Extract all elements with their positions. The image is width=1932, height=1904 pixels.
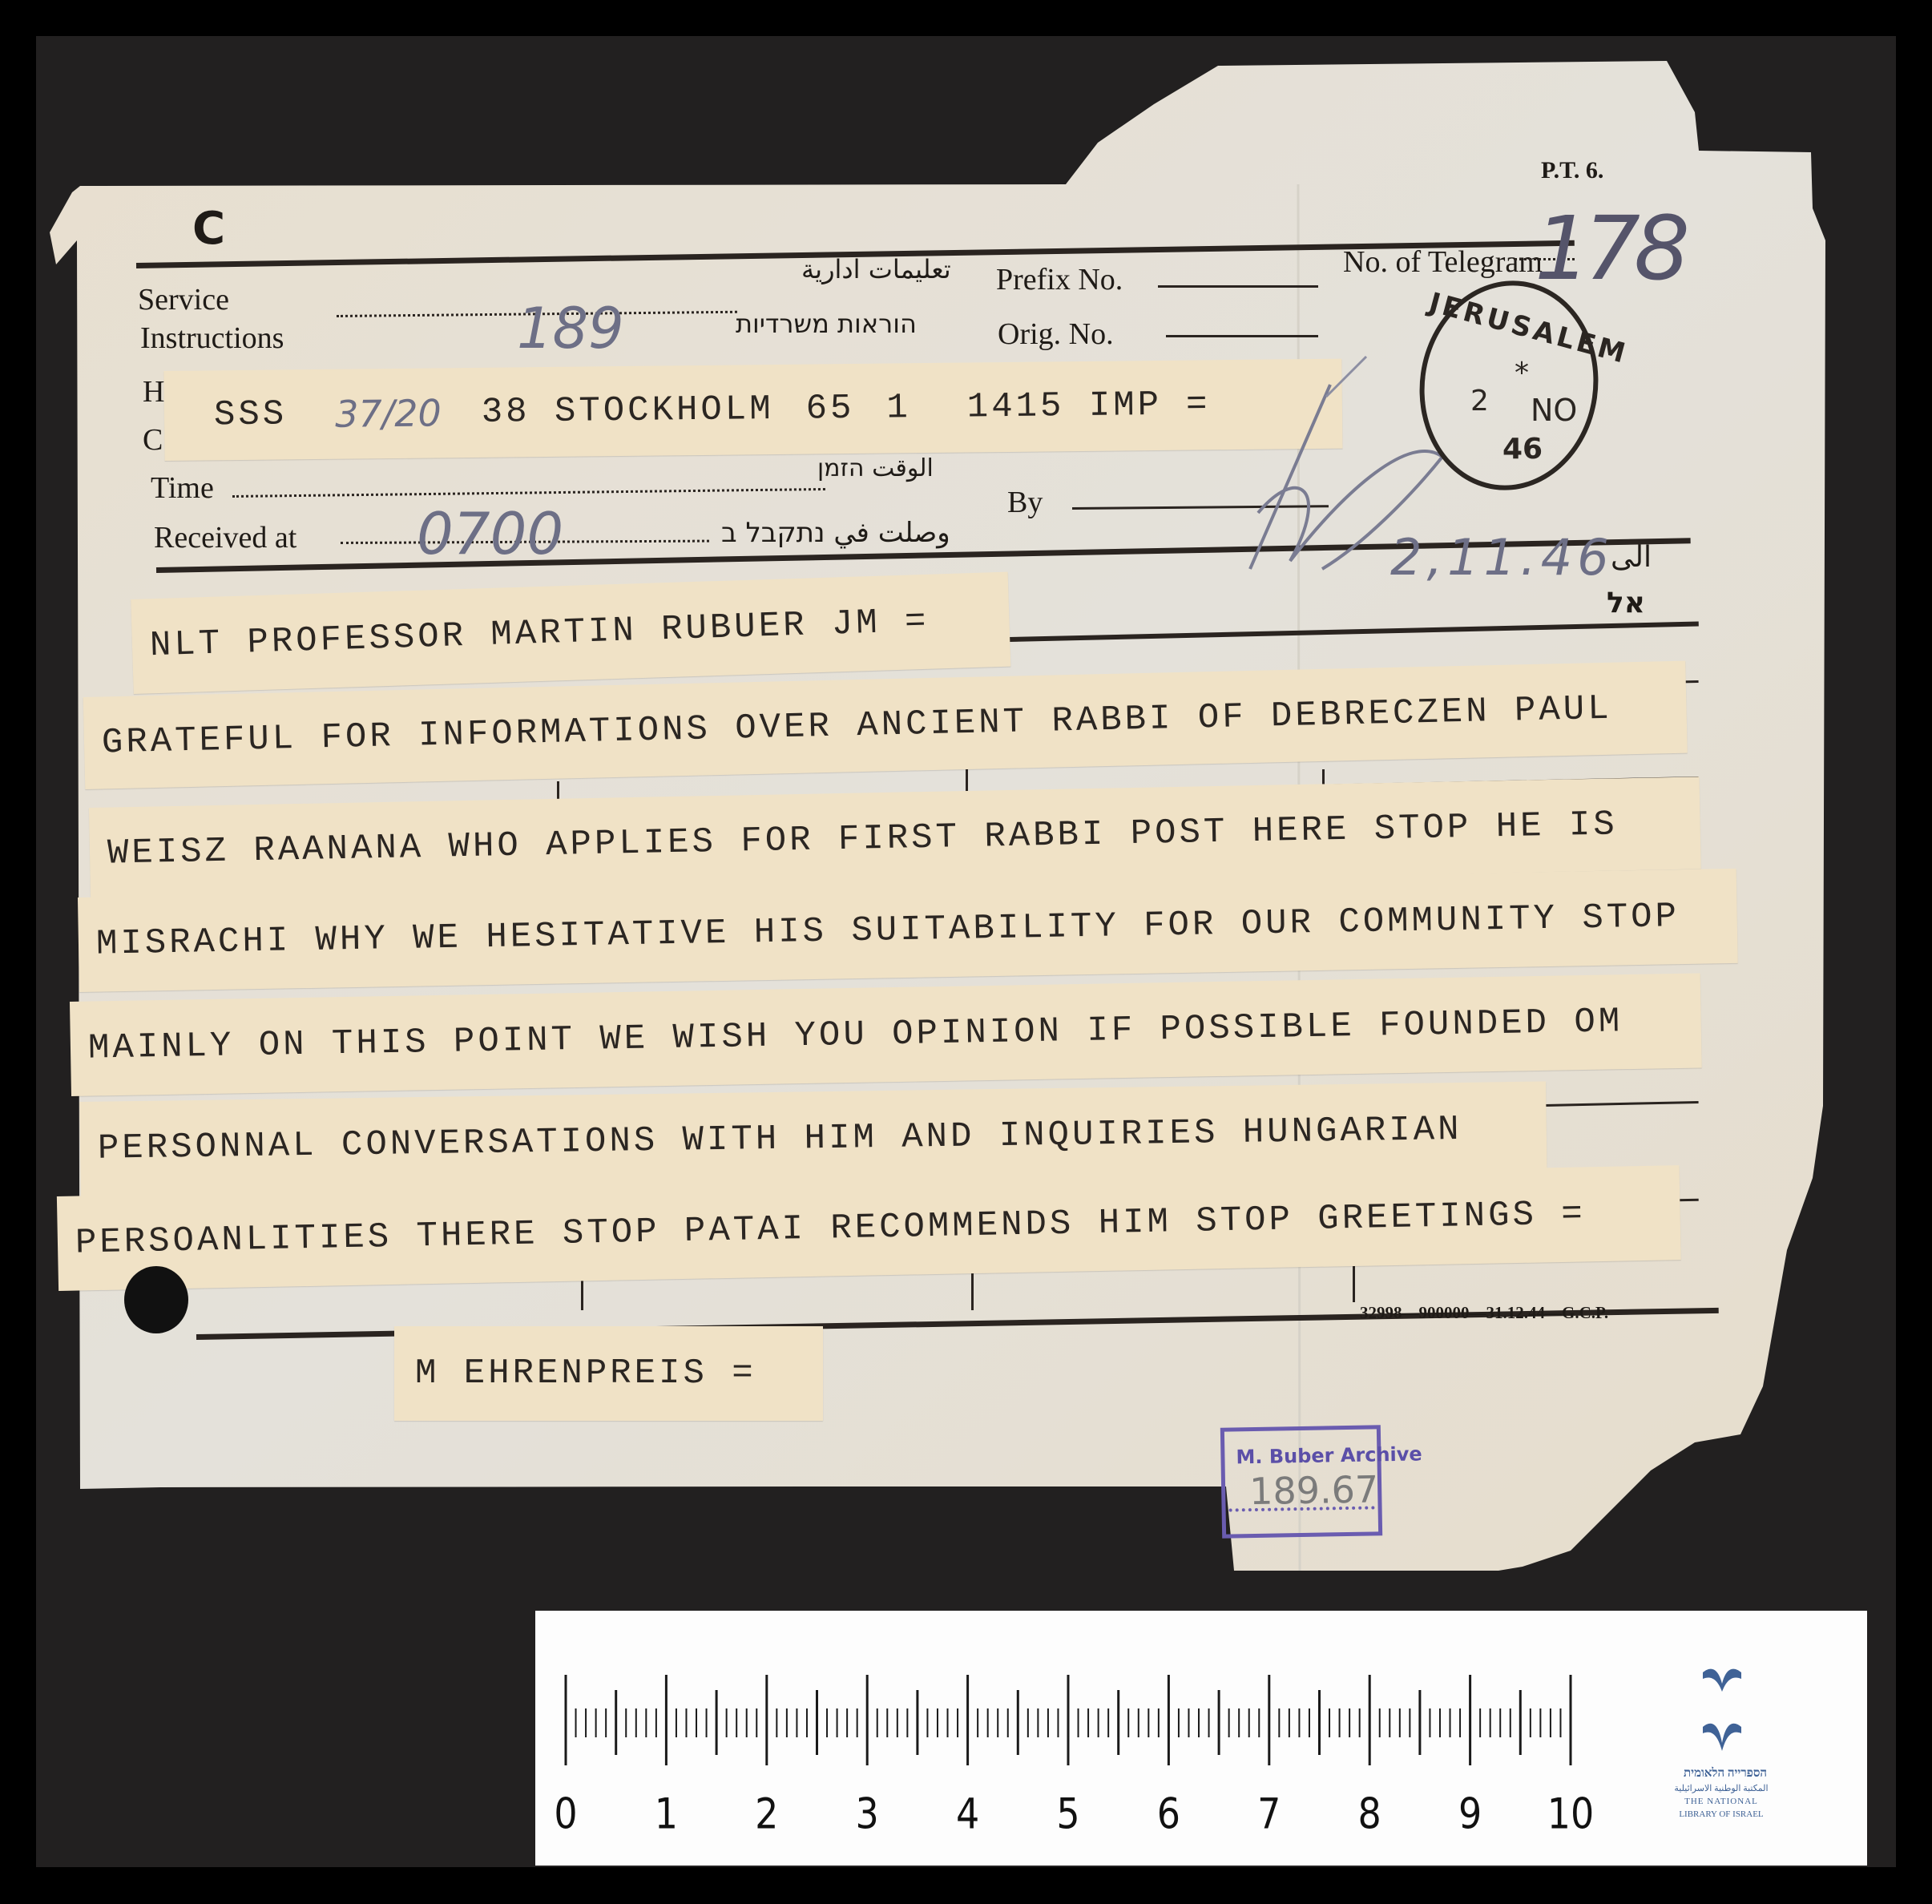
ruler-label: 8 [1358,1789,1381,1838]
header-handwritten-overwrite: 37/20 [335,394,442,432]
nli-name-en-1: THE NATIONAL [1673,1797,1769,1806]
punch-hole [124,1266,188,1333]
header-tape-strip: SSS 37/20 38 STOCKHOLM 65 1 1415 IMP = [163,359,1342,461]
ruler-label: 9 [1458,1789,1482,1838]
service-label-ar: تعليمات ادارية [801,256,951,282]
no-of-telegram-label: No. of Telegram [1343,247,1543,277]
to-label-he: אל [1607,589,1645,618]
ruler-label: 10 [1547,1789,1595,1838]
service-label-he: הוראות משרדיות [736,311,917,337]
form-class-letter: C [192,207,225,252]
archive-stamp-title: M. Buber Archive [1236,1442,1422,1468]
to-label-ar: الى [1611,543,1652,572]
form-code: P.T. 6. [1541,159,1603,183]
ruler-ticks [535,1611,1867,1866]
ruler-label: 2 [755,1789,778,1838]
postmark-day: 2 [1470,385,1489,418]
ruler-label: 6 [1157,1789,1180,1838]
header-office: 38 STOCKHOLM [482,389,774,433]
received-at-handwritten: 0700 [417,505,563,563]
prefix-no-line [1158,285,1318,288]
signature-strip: M EHRENPREIS = [394,1326,823,1421]
scale-ruler: 012345678910 הספרייה הלאומית المكتبة الو… [535,1611,1867,1866]
header-day: 1 [886,388,911,428]
time-label: Time [151,473,214,503]
partial-label-h: H [143,377,164,407]
ruler-label: 4 [956,1789,979,1838]
time-label-ar-he: الوقت הזמן [817,457,934,481]
service-handwritten: 189 [517,301,624,357]
ruler-label: 5 [1056,1789,1079,1838]
printer-imprint: 32998—900000—31.12.44—G.C.P. [1360,1305,1608,1321]
orig-no-line [1166,335,1318,337]
telegram-no-handwritten: 178 [1535,204,1684,292]
nli-name-ar: المكتبة الوطنية الاسرائيلية [1673,1783,1769,1793]
partial-label-c: C [143,425,163,455]
orig-no-label: Orig. No. [998,319,1114,349]
by-label: By [1007,487,1043,518]
ruler-label: 1 [655,1789,678,1838]
ruler-label: 3 [856,1789,879,1838]
received-at-label: Received at [154,522,296,553]
postmark-year: 46 [1502,433,1543,466]
prefix-no-label: Prefix No. [996,264,1123,295]
service-label: Service [138,284,229,315]
postmark-month: NO [1531,393,1577,428]
header-time-class: 1415 IMP [967,385,1163,428]
postmark-star: * [1515,357,1529,389]
archive-stamp-number: 189.67 [1249,1470,1379,1510]
header-prefix: SSS [214,394,288,435]
nli-name-en-2: LIBRARY OF ISRAEL [1673,1809,1769,1819]
handwritten-date: 2,11.46 [1390,533,1614,583]
pencil-stroke [1322,353,1370,401]
nli-name-he: הספרייה הלאומית [1681,1767,1769,1781]
archive-stamp: M. Buber Archive 189.67 [1220,1425,1382,1538]
ruler-label: 7 [1257,1789,1281,1838]
received-at-label-ar-he: وصلت في נתקבל ב [721,519,950,547]
nli-logo-icon [1701,1663,1743,1763]
header-word-count: 65 [805,389,854,430]
ruler-label: 0 [554,1789,577,1838]
instructions-label: Instructions [140,323,284,353]
